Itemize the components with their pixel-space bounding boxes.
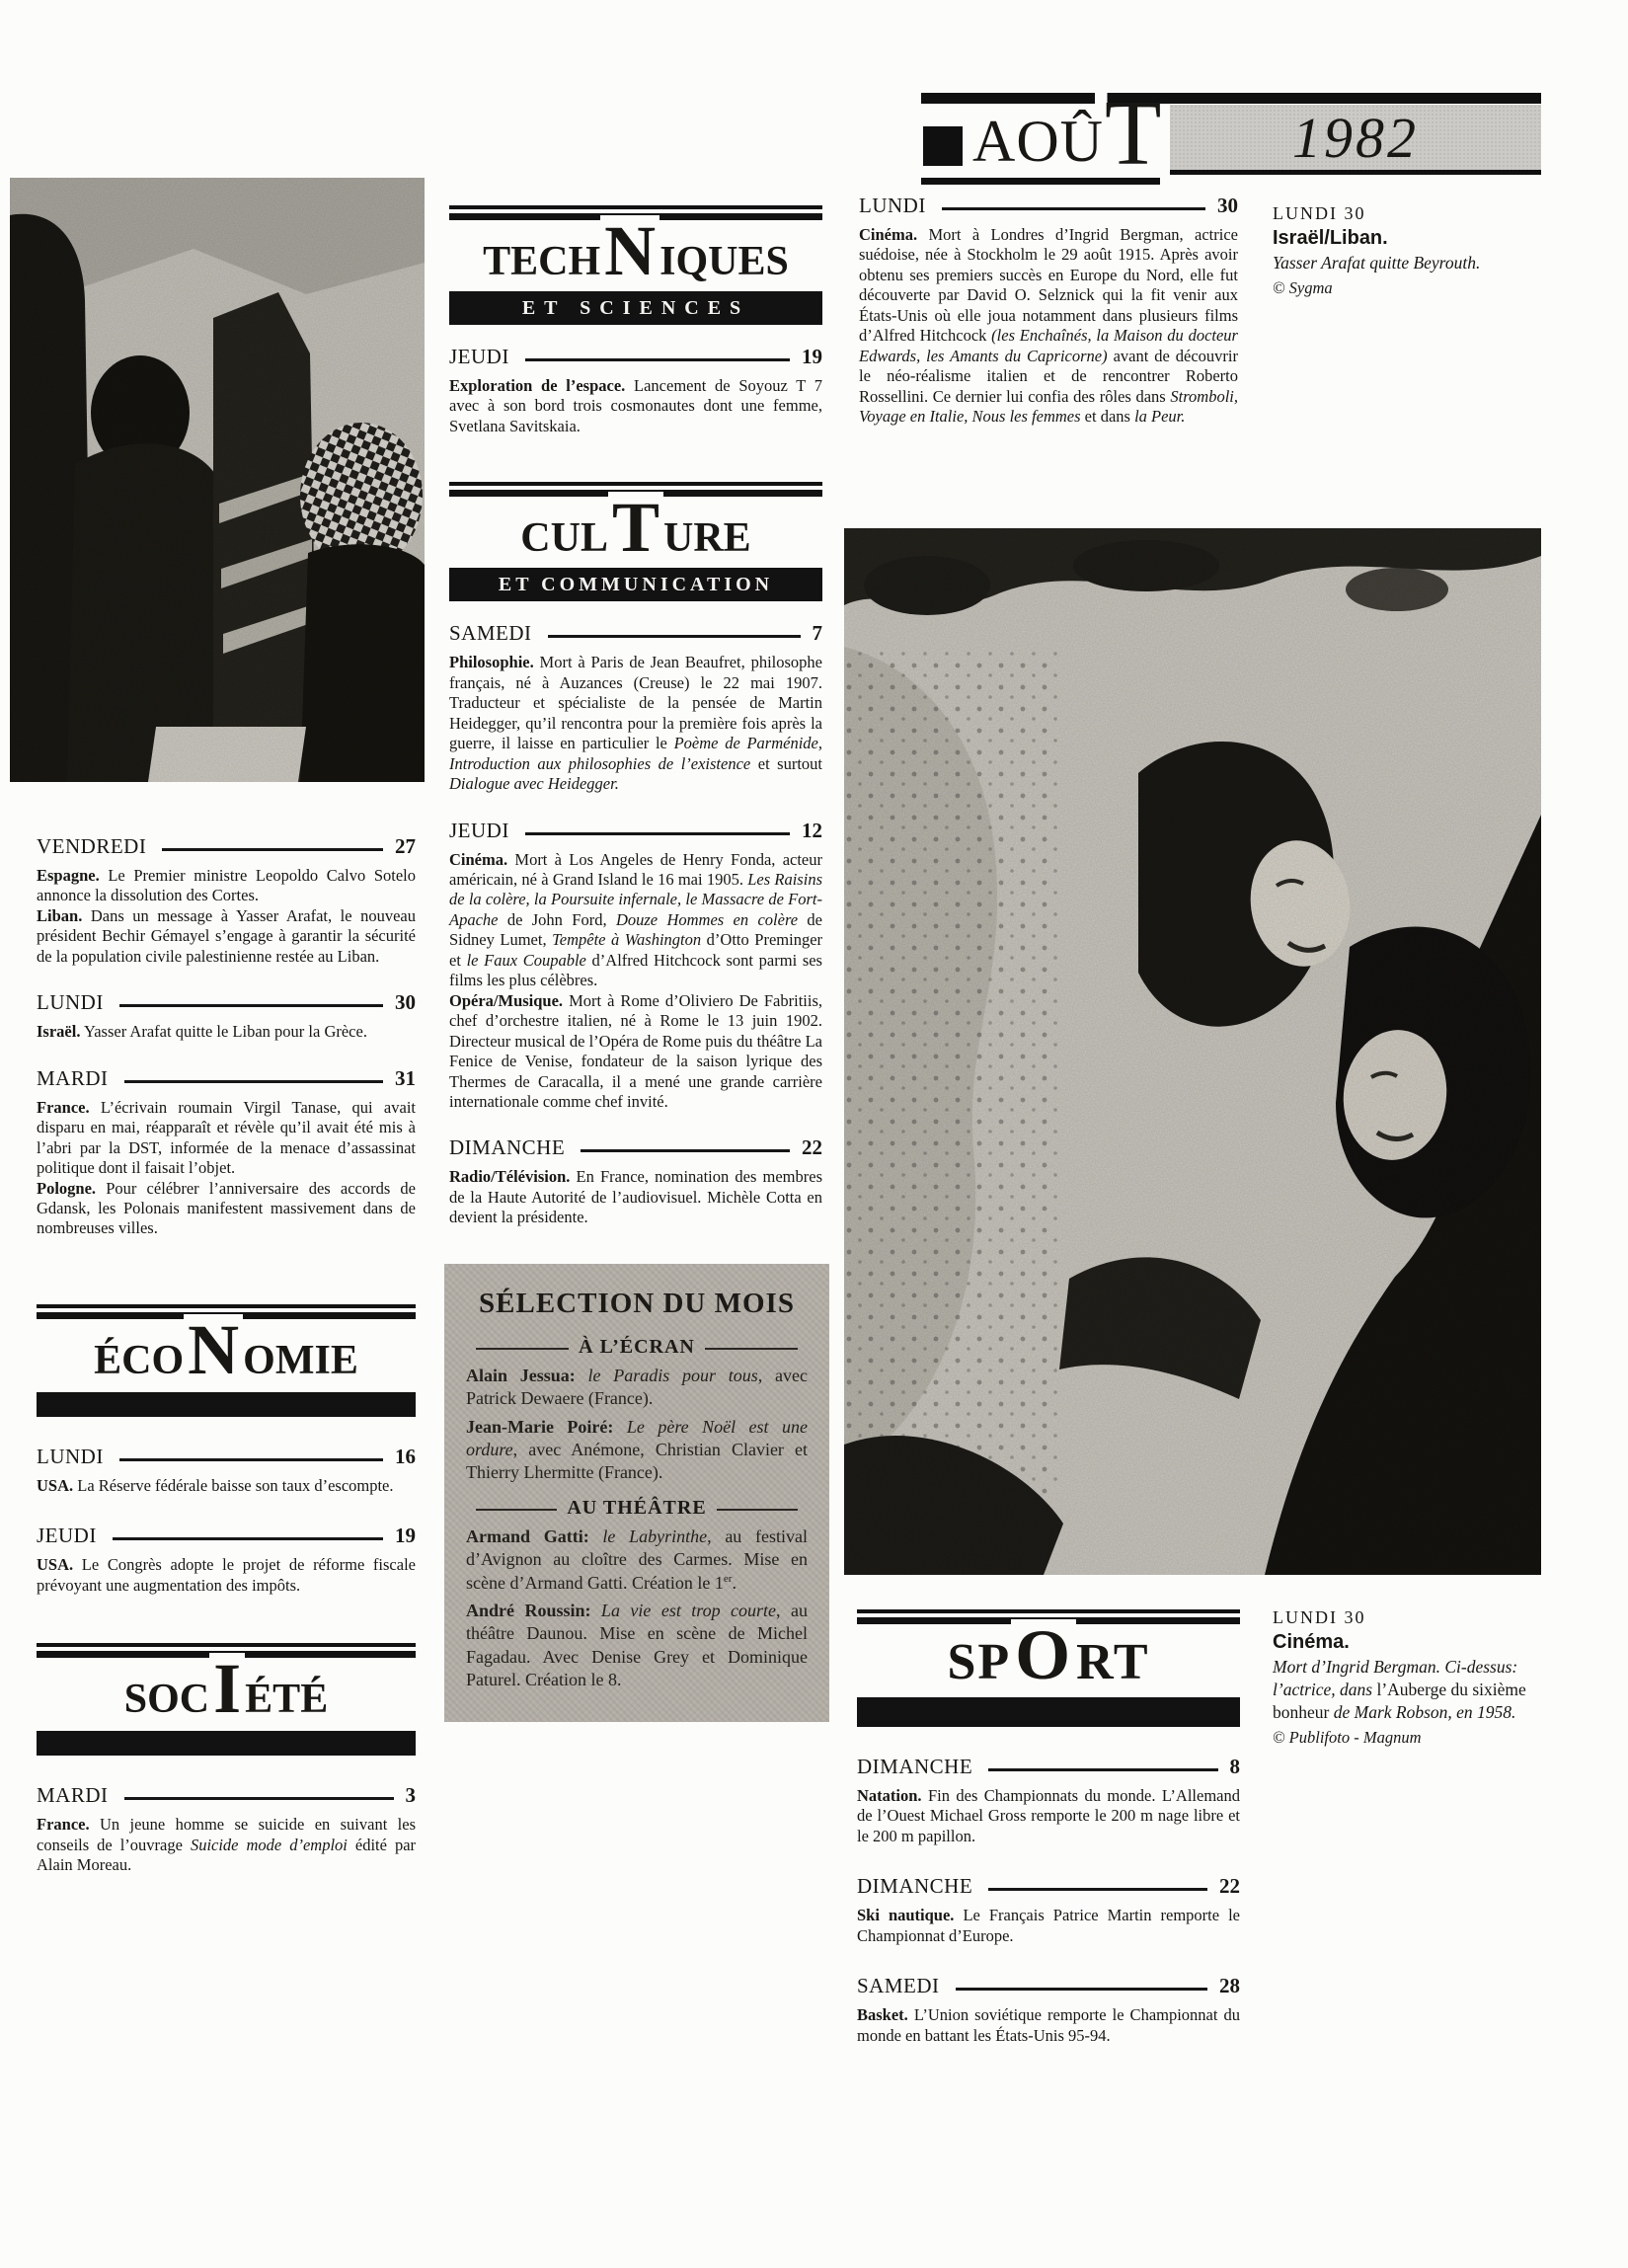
selection-item-text: , avec Anémone, Christian Clavier et Thi…: [466, 1440, 808, 1482]
section-title: SPORT: [857, 1619, 1240, 1690]
entry-rule: [942, 207, 1205, 210]
section-title-text: RT: [1076, 1637, 1149, 1688]
section-header-societe: SOCIÉTÉ: [37, 1635, 416, 1756]
month-title: AOÛ T: [921, 105, 1160, 185]
entry-day: LUNDI: [37, 1445, 104, 1469]
entry-lead: Philosophie.: [449, 653, 534, 671]
entry-lead: Espagne.: [37, 866, 100, 885]
event-entry-mardi-31: MARDI 31 France. L’écrivain roumain Virg…: [37, 1066, 416, 1239]
caption-text-italic: de Mark Robson, en 1958.: [1329, 1702, 1515, 1722]
entry-date-row: LUNDI 30: [37, 990, 416, 1015]
section-title-text: TECH: [483, 241, 600, 282]
entry-rule: [162, 848, 383, 851]
entry-page-number: 16: [395, 1445, 416, 1469]
entry-lead: France.: [37, 1098, 90, 1117]
entry-date-row: SAMEDI 7: [449, 621, 822, 646]
photo-credit: © Publifoto - Magnum: [1273, 1728, 1543, 1748]
entry-page-number: 19: [395, 1524, 416, 1548]
caption-body: Mort d’Ingrid Bergman. Ci-dessus: l’actr…: [1273, 1656, 1543, 1724]
entry-lead: Exploration de l’espace.: [449, 376, 625, 395]
section-title-big-letter: T: [608, 492, 663, 563]
subheading-text: AU THÉÂTRE: [567, 1497, 706, 1520]
page-header: AOÛ T 1982: [921, 93, 1541, 185]
entry-lead: Opéra/Musique.: [449, 991, 563, 1010]
entry-lead: Israël.: [37, 1022, 80, 1041]
selection-item-title: le Labyrinthe: [589, 1526, 707, 1546]
entry-paragraph: Liban. Dans un message à Yasser Arafat, …: [37, 906, 416, 967]
entry-lead: Cinéma.: [449, 850, 507, 869]
section-bar: ET COMMUNICATION: [449, 568, 822, 601]
section-header-techniques: TECHNIQUES ET SCIENCES: [449, 197, 822, 325]
entry-paragraph: Basket. L’Union soviétique remporte le C…: [857, 2005, 1240, 2046]
section-bar: [857, 1697, 1240, 1727]
entry-text: de John Ford,: [498, 910, 615, 929]
section-header-sport: SPORT: [857, 1602, 1240, 1727]
header-row: AOÛ T 1982: [921, 105, 1541, 185]
entry-date-row: SAMEDI 28: [857, 1974, 1240, 1998]
entry-paragraph: Cinéma. Mort à Londres d’Ingrid Bergman,…: [859, 225, 1238, 428]
entry-lead: France.: [37, 1815, 90, 1834]
entry-text: La Réserve fédérale baisse son taux d’es…: [73, 1476, 393, 1495]
entry-date-row: DIMANCHE 8: [857, 1755, 1240, 1779]
entry-page-number: 22: [802, 1135, 822, 1160]
entry-page-number: 30: [1217, 194, 1238, 218]
entry-date-row: JEUDI 19: [449, 345, 822, 369]
event-entry-jeudi-19-usa: JEUDI 19 USA. Le Congrès adopte le proje…: [37, 1524, 416, 1596]
entry-date-row: JEUDI 19: [37, 1524, 416, 1548]
section-subtitle: ET SCIENCES: [522, 297, 749, 320]
event-entry-lundi-30-bergman: LUNDI 30 Cinéma. Mort à Londres d’Ingrid…: [859, 194, 1238, 428]
entry-lead: Ski nautique.: [857, 1906, 954, 1924]
section-title-text: URE: [663, 517, 751, 559]
entry-day: JEUDI: [449, 819, 509, 843]
entry-rule: [113, 1537, 383, 1540]
section-title-text: ÉTÉ: [245, 1679, 328, 1720]
caption-day: LUNDI 30: [1273, 1607, 1543, 1628]
month-text: AOÛ: [972, 112, 1104, 171]
entry-lead: USA.: [37, 1555, 73, 1574]
photo-credit: © Sygma: [1273, 278, 1543, 298]
selection-title: SÉLECTION DU MOIS: [466, 1288, 808, 1320]
entry-day: JEUDI: [449, 345, 509, 369]
selection-item-author: Armand Gatti:: [466, 1526, 589, 1546]
section-bar: [37, 1731, 416, 1756]
caption-arafat: LUNDI 30 Israël/Liban. Yasser Arafat qui…: [1273, 203, 1543, 298]
entry-page-number: 7: [813, 621, 823, 646]
selection-subheading-theatre: AU THÉÂTRE: [466, 1497, 808, 1520]
selection-du-mois-box: SÉLECTION DU MOIS À L’ÉCRAN Alain Jessua…: [444, 1264, 829, 1723]
section-title-big-letter: N: [184, 1314, 243, 1385]
entry-paragraph: USA. La Réserve fédérale baisse son taux…: [37, 1476, 416, 1496]
entry-day: SAMEDI: [857, 1974, 940, 1998]
selection-item-author: Alain Jessua:: [466, 1366, 576, 1385]
selection-item-title: La vie est trop courte: [590, 1601, 776, 1620]
section-title-big-letter: O: [1011, 1619, 1076, 1690]
section-header-economie: ÉCONOMIE: [37, 1296, 416, 1417]
entry-text-italic: la Peur.: [1134, 407, 1185, 426]
subheading-rule: [717, 1509, 798, 1511]
entry-rule: [581, 1149, 790, 1152]
selection-item-text: .: [732, 1573, 736, 1593]
entry-day: VENDREDI: [37, 834, 146, 859]
subheading-rule: [476, 1348, 569, 1350]
entry-rule: [119, 1458, 383, 1461]
event-entry-jeudi-19-espace: JEUDI 19 Exploration de l’espace. Lancem…: [449, 345, 822, 436]
entry-lead: USA.: [37, 1476, 73, 1495]
entry-paragraph: Radio/Télévision. En France, nomination …: [449, 1167, 822, 1227]
section-bar: ET SCIENCES: [449, 291, 822, 325]
entry-day: DIMANCHE: [857, 1874, 972, 1899]
selection-item: Armand Gatti: le Labyrinthe, au festival…: [466, 1525, 808, 1595]
column-left: VENDREDI 27 Espagne. Le Premier ministre…: [37, 834, 416, 1900]
entry-lead: Basket.: [857, 2005, 908, 2024]
entry-rule: [988, 1888, 1207, 1891]
entry-text: et dans: [1081, 407, 1135, 426]
event-entry-dimanche-8: DIMANCHE 8 Natation. Fin des Championnat…: [857, 1755, 1240, 1846]
entry-text: L’écrivain roumain Virgil Tanase, qui av…: [37, 1098, 416, 1177]
entry-date-row: VENDREDI 27: [37, 834, 416, 859]
entry-date-row: MARDI 31: [37, 1066, 416, 1091]
entry-text-italic: Tempête à Washington: [552, 930, 701, 949]
entry-day: LUNDI: [859, 194, 926, 218]
entry-paragraph: France. L’écrivain roumain Virgil Tanase…: [37, 1098, 416, 1179]
event-entry-dimanche-22-ski: DIMANCHE 22 Ski nautique. Le Français Pa…: [857, 1874, 1240, 1946]
entry-page-number: 30: [395, 990, 416, 1015]
selection-item: Jean-Marie Poiré: Le père Noël est une o…: [466, 1416, 808, 1485]
selection-item-author: André Roussin:: [466, 1601, 590, 1620]
black-square-bullet-icon: [923, 126, 963, 166]
entry-lead: Natation.: [857, 1786, 922, 1805]
entry-paragraph: Natation. Fin des Championnats du monde.…: [857, 1786, 1240, 1846]
photo-ingrid-bergman: [844, 528, 1541, 1575]
entry-page-number: 12: [802, 819, 822, 843]
entry-lead: Pologne.: [37, 1179, 96, 1198]
entry-text: Yasser Arafat quitte le Liban pour la Gr…: [80, 1022, 367, 1041]
entry-text: et surtout: [750, 754, 822, 773]
event-entry-samedi-28: SAMEDI 28 Basket. L’Union soviétique rem…: [857, 1974, 1240, 2046]
selection-item: André Roussin: La vie est trop courte, a…: [466, 1600, 808, 1692]
entry-text: Dans un message à Yasser Arafat, le nouv…: [37, 906, 416, 966]
event-entry-lundi-30: LUNDI 30 Israël. Yasser Arafat quitte le…: [37, 990, 416, 1042]
section-header-culture: CULTURE ET COMMUNICATION: [449, 474, 822, 601]
entry-date-row: LUNDI 30: [859, 194, 1238, 218]
entry-rule: [525, 832, 790, 835]
entry-paragraph: Cinéma. Mort à Los Angeles de Henry Fond…: [449, 850, 822, 991]
event-entry-samedi-7: SAMEDI 7 Philosophie. Mort à Paris de Je…: [449, 621, 822, 794]
entry-page-number: 19: [802, 345, 822, 369]
entry-date-row: LUNDI 16: [37, 1445, 416, 1469]
section-title-big-letter: I: [209, 1653, 245, 1724]
entry-rule: [988, 1768, 1217, 1771]
section-title: CULTURE: [449, 492, 822, 563]
entry-paragraph: Israël. Yasser Arafat quitte le Liban po…: [37, 1022, 416, 1042]
entry-date-row: DIMANCHE 22: [449, 1135, 822, 1160]
entry-page-number: 3: [406, 1783, 417, 1808]
section-title-text: CUL: [520, 517, 608, 559]
event-entry-mardi-3: MARDI 3 France. Un jeune homme se suicid…: [37, 1783, 416, 1875]
entry-paragraph: Exploration de l’espace. Lancement de So…: [449, 376, 822, 436]
entry-rule: [548, 635, 801, 638]
entry-text: Le Congrès adopte le projet de réforme f…: [37, 1555, 416, 1594]
header-top-rule: [921, 93, 1541, 104]
event-entry-vendredi-27: VENDREDI 27 Espagne. Le Premier ministre…: [37, 834, 416, 967]
event-entry-jeudi-12: JEUDI 12 Cinéma. Mort à Los Angeles de H…: [449, 819, 822, 1113]
event-entry-lundi-16: LUNDI 16 USA. La Réserve fédérale baisse…: [37, 1445, 416, 1496]
entry-lead: Cinéma.: [859, 225, 917, 244]
section-title-text: SP: [947, 1637, 1011, 1688]
section-title: SOCIÉTÉ: [37, 1653, 416, 1724]
entry-date-row: JEUDI 12: [449, 819, 822, 843]
entry-paragraph: Espagne. Le Premier ministre Leopoldo Ca…: [37, 866, 416, 906]
entry-paragraph: France. Un jeune homme se suicide en sui…: [37, 1815, 416, 1875]
section-title-text: SOC: [124, 1679, 209, 1720]
entry-rule: [124, 1797, 394, 1800]
section-title: ÉCONOMIE: [37, 1314, 416, 1385]
entry-text-italic: Dialogue avec Heidegger.: [449, 774, 619, 793]
entry-text-italic: Suicide mode d’emploi: [191, 1836, 348, 1854]
entry-lead: Radio/Télévision.: [449, 1167, 570, 1186]
entry-date-row: DIMANCHE 22: [857, 1874, 1240, 1899]
entry-day: SAMEDI: [449, 621, 532, 646]
caption-body: Yasser Arafat quitte Beyrouth.: [1273, 252, 1543, 274]
entry-paragraph: Philosophie. Mort à Paris de Jean Beaufr…: [449, 653, 822, 794]
selection-subheading-ecran: À L’ÉCRAN: [466, 1336, 808, 1359]
entry-date-row: MARDI 3: [37, 1783, 416, 1808]
entry-rule: [525, 358, 790, 361]
section-subtitle: ET COMMUNICATION: [499, 574, 773, 596]
caption-title: Cinéma.: [1273, 1631, 1543, 1654]
entry-page-number: 8: [1230, 1755, 1241, 1779]
section-bar: [37, 1392, 416, 1417]
photo-arafat-beirut: [10, 178, 425, 782]
entry-day: DIMANCHE: [857, 1755, 972, 1779]
subheading-rule: [705, 1348, 798, 1350]
caption-title: Israël/Liban.: [1273, 227, 1543, 250]
section-title: TECHNIQUES: [449, 215, 822, 286]
entry-page-number: 22: [1219, 1874, 1240, 1899]
year-text: 1982: [1292, 105, 1419, 171]
entry-day: MARDI: [37, 1783, 109, 1808]
entry-day: MARDI: [37, 1066, 109, 1091]
caption-bergman: LUNDI 30 Cinéma. Mort d’Ingrid Bergman. …: [1273, 1607, 1543, 1748]
month-big-letter: T: [1105, 100, 1161, 169]
entry-paragraph: Opéra/Musique. Mort à Rome d’Oliviero De…: [449, 991, 822, 1113]
entry-page-number: 27: [395, 834, 416, 859]
subheading-text: À L’ÉCRAN: [579, 1336, 695, 1359]
entry-lead: Liban.: [37, 906, 82, 925]
entry-paragraph: Ski nautique. Le Français Patrice Martin…: [857, 1906, 1240, 1946]
column-middle: TECHNIQUES ET SCIENCES JEUDI 19 Explorat…: [449, 197, 822, 1722]
entry-text: L’Union soviétique remporte le Championn…: [857, 2005, 1240, 2044]
event-entry-dimanche-22-radio: DIMANCHE 22 Radio/Télévision. En France,…: [449, 1135, 822, 1227]
selection-item-author: Jean-Marie Poiré:: [466, 1417, 613, 1437]
caption-day: LUNDI 30: [1273, 203, 1543, 224]
section-title-text: OMIE: [243, 1340, 358, 1381]
entry-rule: [124, 1080, 383, 1083]
entry-rule: [119, 1004, 383, 1007]
subheading-rule: [476, 1509, 557, 1511]
selection-item: Alain Jessua: le Paradis pour tous, avec…: [466, 1365, 808, 1411]
entry-text-italic: le Faux Coupable: [467, 951, 586, 970]
entry-day: LUNDI: [37, 990, 104, 1015]
selection-item-title: le Paradis pour tous: [576, 1366, 758, 1385]
sport-section: SPORT DIMANCHE 8 Natation. Fin des Champ…: [857, 1602, 1240, 2070]
entry-page-number: 31: [395, 1066, 416, 1091]
section-title-text: ÉCO: [94, 1340, 184, 1381]
entry-paragraph: Pologne. Pour célébrer l’anniversaire de…: [37, 1179, 416, 1239]
entry-day: DIMANCHE: [449, 1135, 565, 1160]
year-box: 1982: [1170, 105, 1541, 175]
column-right: LUNDI 30 Cinéma. Mort à Londres d’Ingrid…: [859, 194, 1238, 451]
entry-text-italic: Douze Hommes en colère: [616, 910, 798, 929]
section-title-text: IQUES: [659, 241, 789, 282]
entry-day: JEUDI: [37, 1524, 97, 1548]
entry-page-number: 28: [1219, 1974, 1240, 1998]
entry-paragraph: USA. Le Congrès adopte le projet de réfo…: [37, 1555, 416, 1596]
section-title-big-letter: N: [600, 215, 659, 286]
entry-rule: [956, 1988, 1207, 1991]
magazine-page: AOÛ T 1982: [0, 0, 1628, 2268]
